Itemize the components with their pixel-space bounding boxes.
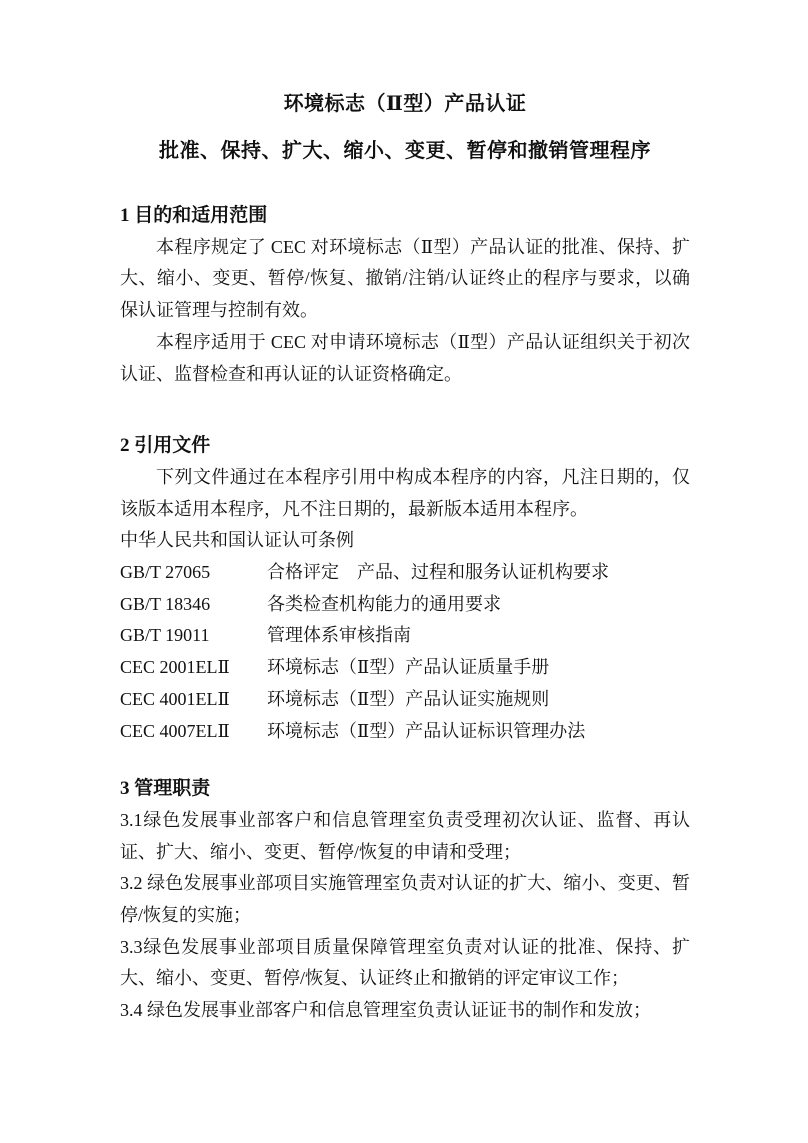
reference-row: GB/T 27065 合格评定 产品、过程和服务认证机构要求 [120,557,690,589]
reference-row: GB/T 18346 各类检查机构能力的通用要求 [120,589,690,621]
reference-title: 各类检查机构能力的通用要求 [267,589,690,621]
reference-row: CEC 4007ELⅡ 环境标志（Ⅱ型）产品认证标识管理办法 [120,716,690,748]
doc-title-line2: 批准、保持、扩大、缩小、变更、暂停和撤销管理程序 [120,136,690,166]
document-content: 环境标志（Ⅱ型）产品认证 批准、保持、扩大、缩小、变更、暂停和撤销管理程序 1 … [120,89,690,1027]
reference-title: 合格评定 产品、过程和服务认证机构要求 [267,557,690,589]
reference-code: CEC 4001ELⅡ [120,684,267,716]
document-page: 环境标志（Ⅱ型）产品认证 批准、保持、扩大、缩小、变更、暂停和撤销管理程序 1 … [0,0,808,1143]
reference-code: GB/T 18346 [120,589,267,621]
section-3-heading: 3 管理职责 [120,773,690,805]
reference-title: 环境标志（Ⅱ型）产品认证质量手册 [267,652,690,684]
reference-row: GB/T 19011 管理体系审核指南 [120,620,690,652]
section-3-item-3: 3.3绿色发展事业部项目质量保障管理室负责对认证的批准、保持、扩大、缩小、变更、… [120,932,690,995]
reference-title: 环境标志（Ⅱ型）产品认证实施规则 [267,684,690,716]
reference-code: CEC 4007ELⅡ [120,716,267,748]
reference-code: GB/T 27065 [120,557,267,589]
reference-row: CEC 2001ELⅡ 环境标志（Ⅱ型）产品认证质量手册 [120,652,690,684]
section-1-paragraph-2: 本程序适用于 CEC 对申请环境标志（Ⅱ型）产品认证组织关于初次认证、监督检查和… [120,327,690,390]
doc-title-line1: 环境标志（Ⅱ型）产品认证 [120,89,690,119]
section-3-item-2: 3.2 绿色发展事业部项目实施管理室负责对认证的扩大、缩小、变更、暂停/恢复的实… [120,868,690,931]
section-1-heading: 1 目的和适用范围 [120,200,690,232]
section-3-item-4: 3.4 绿色发展事业部客户和信息管理室负责认证证书的制作和发放； [120,995,690,1027]
section-3-item-1: 3.1绿色发展事业部客户和信息管理室负责受理初次认证、监督、再认证、扩大、缩小、… [120,805,690,868]
reference-code: GB/T 19011 [120,620,267,652]
section-1-paragraph-1: 本程序规定了 CEC 对环境标志（Ⅱ型）产品认证的批准、保持、扩大、缩小、变更、… [120,232,690,327]
reference-regulation-line: 中华人民共和国认证认可条例 [120,525,690,557]
section-2-heading: 2 引用文件 [120,430,690,462]
reference-code: CEC 2001ELⅡ [120,652,267,684]
reference-title: 管理体系审核指南 [267,620,690,652]
section-2-paragraph-1: 下列文件通过在本程序引用中构成本程序的内容，凡注日期的，仅该版本适用本程序，凡不… [120,462,690,525]
reference-row: CEC 4001ELⅡ 环境标志（Ⅱ型）产品认证实施规则 [120,684,690,716]
reference-title: 环境标志（Ⅱ型）产品认证标识管理办法 [267,716,690,748]
